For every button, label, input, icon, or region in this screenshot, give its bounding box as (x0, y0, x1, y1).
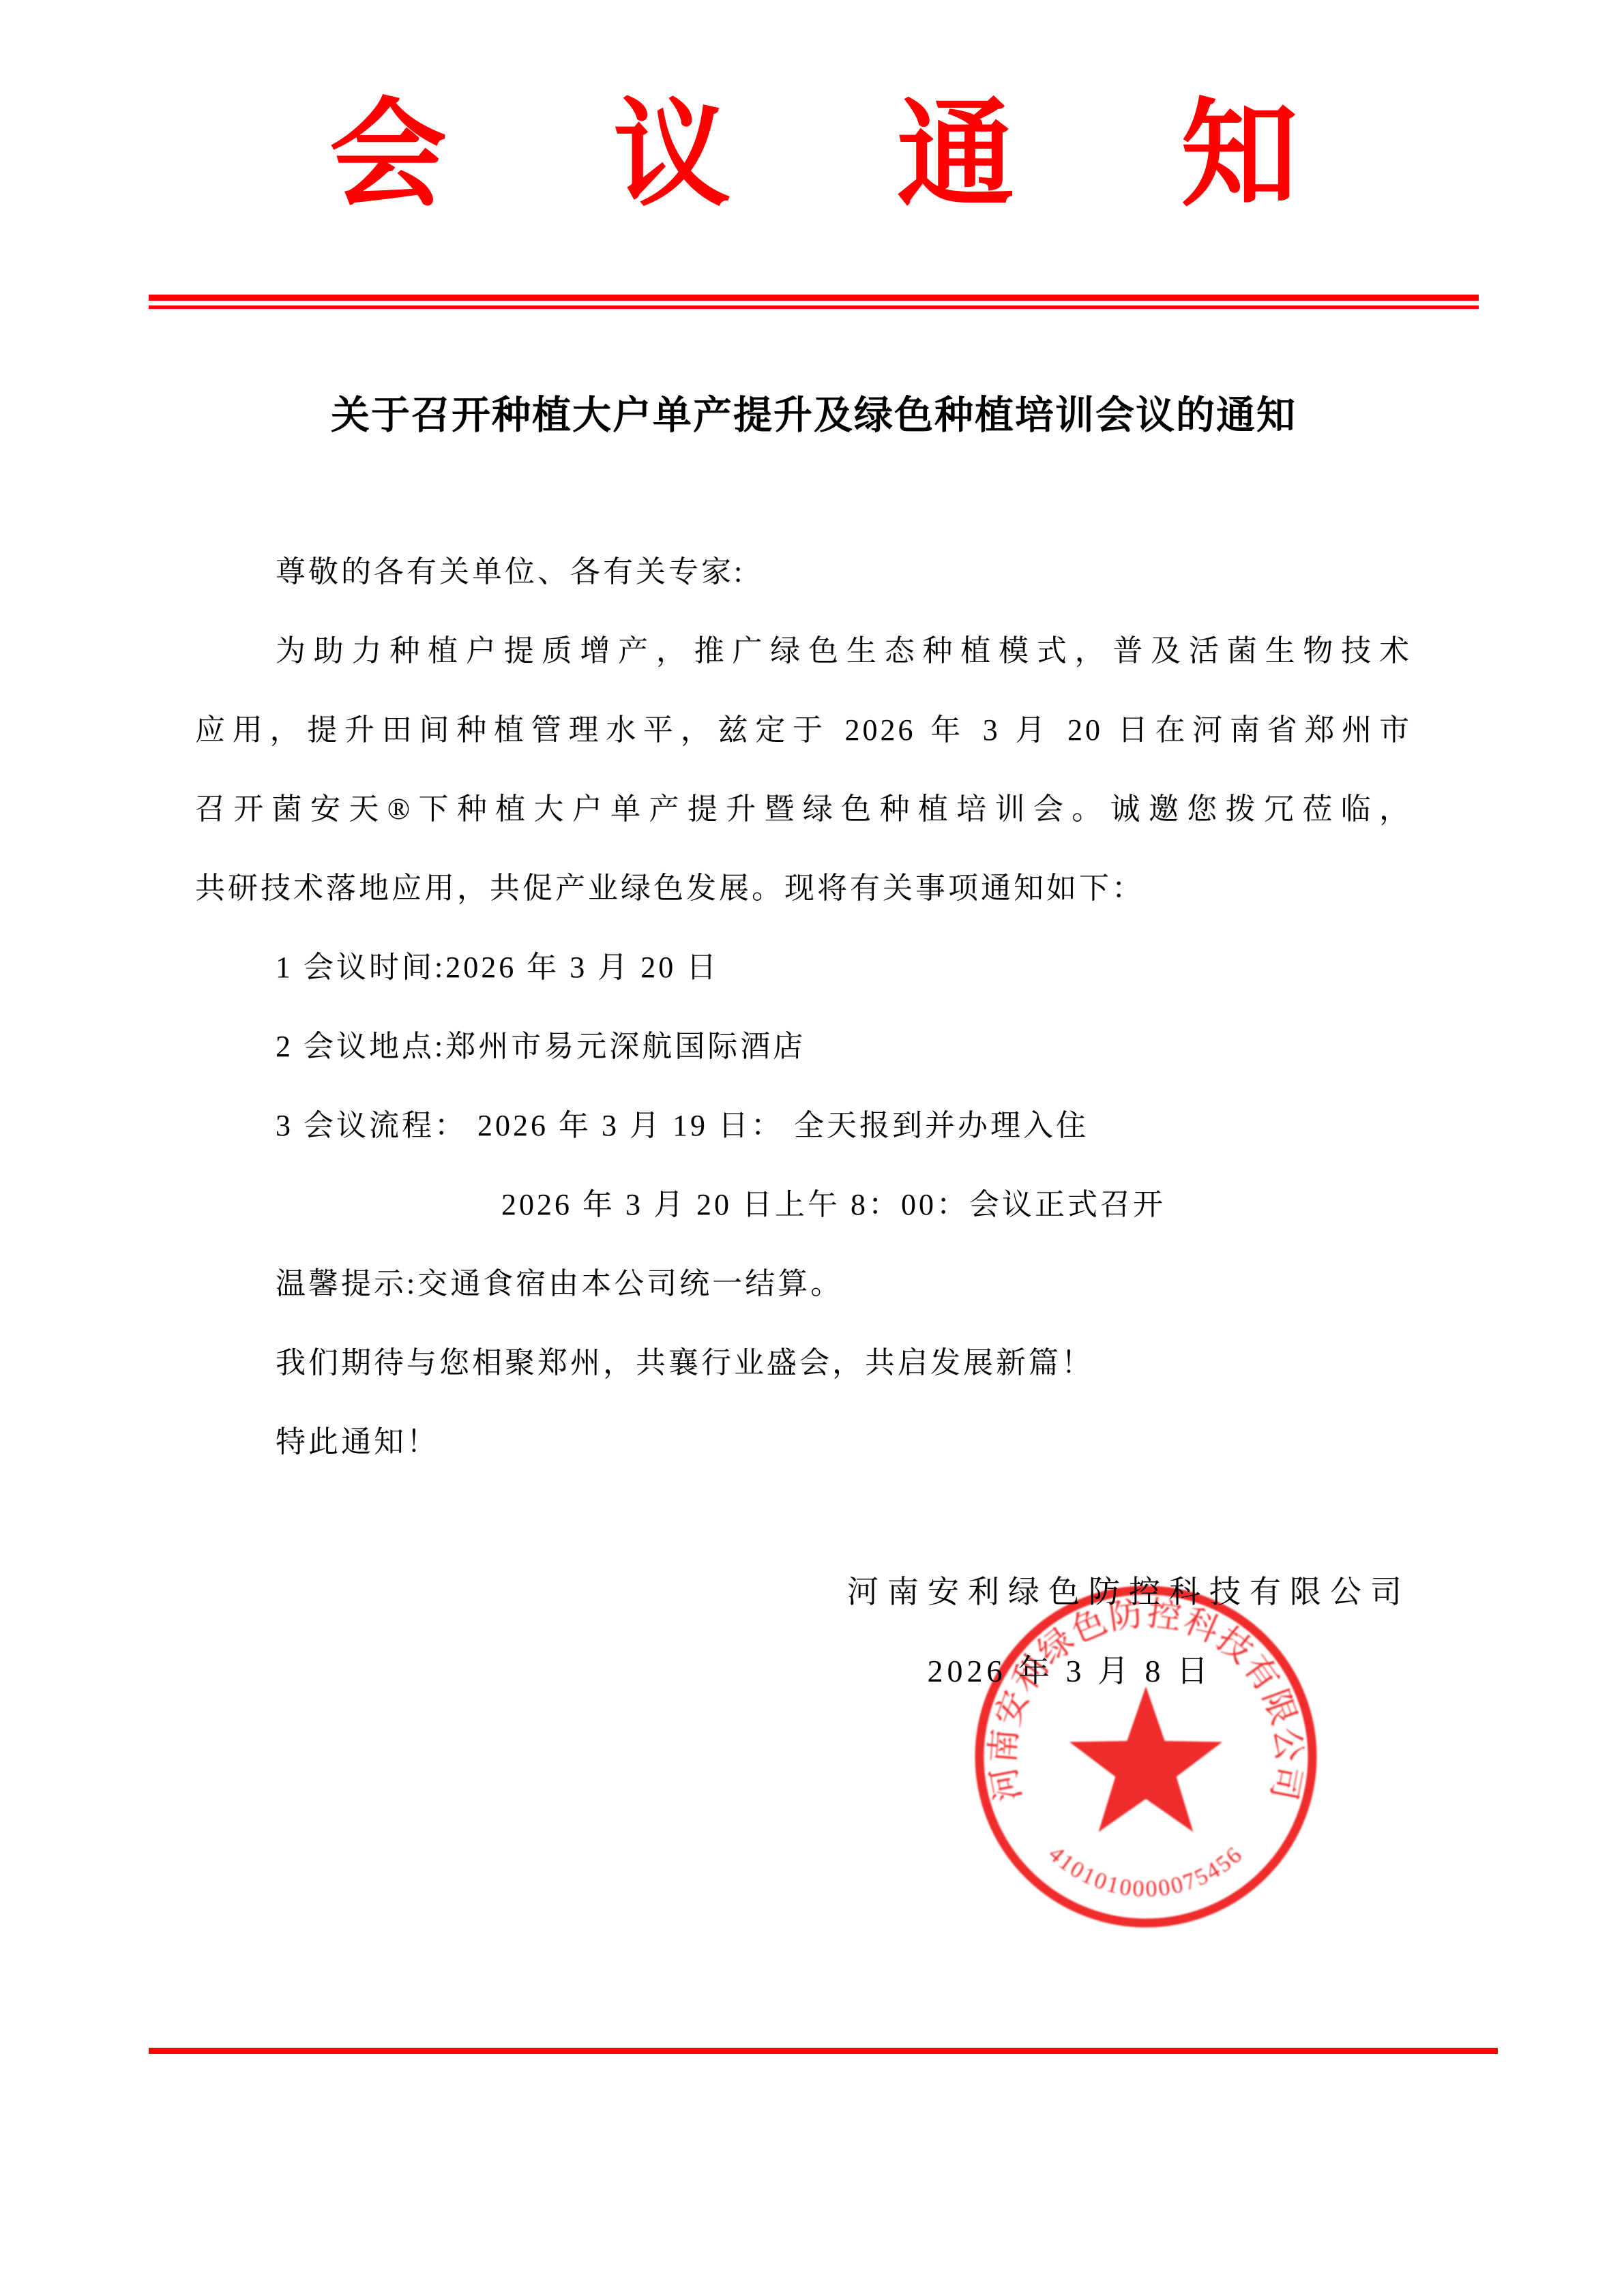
header-double-rule (149, 295, 1479, 309)
rule-thin (149, 305, 1479, 309)
salutation-line: 尊敬的各有关单位、各有关专家: (195, 533, 1412, 612)
body-line: 共研技术落地应用，共促产业绿色发展。现将有关事项通知如下： (195, 849, 1412, 928)
body-line: 为助力种植户提质增产，推广绿色生态种植模式，普及活菌生物技术 (195, 612, 1412, 691)
tips-line: 温馨提示:交通食宿由本公司统一结算。 (195, 1244, 1412, 1324)
notice-body: 尊敬的各有关单位、各有关专家: 为助力种植户提质增产，推广绿色生态种植模式，普及… (195, 533, 1412, 1482)
document-title: 会 议 通 知 (149, 0, 1479, 226)
stamp-serial-number: 4101010000075456 (1044, 1841, 1248, 1902)
signature-company: 河南安利绿色防控科技有限公司 (149, 1553, 1479, 1632)
title-char: 通 (897, 86, 1014, 226)
closing-line: 我们期待与您相聚郑州，共襄行业盛会，共启发展新篇！ (195, 1324, 1412, 1403)
title-char: 知 (1181, 86, 1298, 226)
body-line: 应用，提升田间种植管理水平，兹定于 2026 年 3 月 20 日在河南省郑州市 (195, 691, 1412, 770)
meeting-agenda-line: 3 会议流程： 2026 年 3 月 19 日： 全天报到并办理入住 (195, 1086, 1412, 1165)
rule-thick (149, 295, 1479, 301)
meeting-place-line: 2 会议地点:郑州市易元深航国际酒店 (195, 1007, 1412, 1086)
title-char: 会 (329, 86, 447, 226)
body-line: 召开菌安天®下种植大户单产提升暨绿色种植培训会。诚邀您拨冗莅临， (195, 770, 1412, 849)
document-page: 会 议 通 知 关于召开种植大户单产提升及绿色种植培训会议的通知 尊敬的各有关单… (0, 0, 1624, 2296)
rule-gap (149, 301, 1479, 305)
document-content: 会 议 通 知 关于召开种植大户单产提升及绿色种植培训会议的通知 尊敬的各有关单… (149, 0, 1479, 1711)
footer-rule (149, 2048, 1498, 2054)
signature-date: 2026 年 3 月 8 日 (149, 1632, 1479, 1711)
notice-heading: 关于召开种植大户单产提升及绿色种植培训会议的通知 (149, 384, 1479, 440)
meeting-agenda-line-2: 2026 年 3 月 20 日上午 8：00：会议正式召开 (195, 1165, 1412, 1244)
title-char: 议 (613, 86, 730, 226)
meeting-time-line: 1 会议时间:2026 年 3 月 20 日 (195, 928, 1412, 1007)
notice-final-line: 特此通知！ (195, 1403, 1412, 1482)
